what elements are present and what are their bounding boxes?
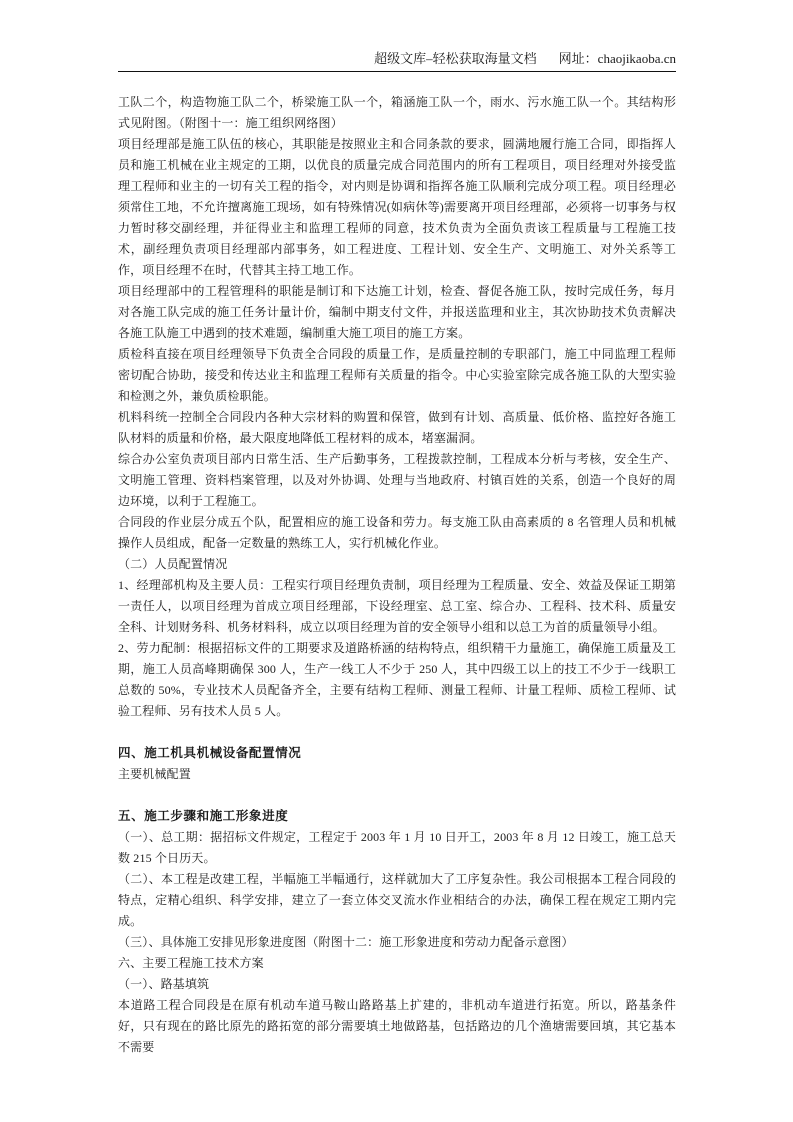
subheading-roadbed-filling: （一）、路基填筑: [118, 974, 676, 995]
paragraph-engineering-mgmt-section: 项目经理部中的工程管理科的职能是制订和下达施工计划，检查、督促各施工队，按时完成…: [118, 281, 676, 344]
paragraph-reconstruction-project: （二）、本工程是改建工程，半幅施工半幅通行，这样就加大了工序复杂性。我公司根据本…: [118, 869, 676, 932]
subheading-personnel-allocation: （二）人员配置情况: [118, 554, 676, 575]
paragraph-progress-diagram-ref: （三）、具体施工安排见形象进度图（附图十二：施工形象进度和劳动力配备示意图）: [118, 932, 676, 953]
paragraph-roadbed-description: 本道路工程合同段是在原有机动车道马鞍山路路基上扩建的，非机动车道进行拓宽。所以，…: [118, 995, 676, 1058]
paragraph-work-teams: 合同段的作业层分成五个队，配置相应的施工设备和劳力。每支施工队由高素质的 8 名…: [118, 512, 676, 554]
section-heading-construction-steps: 五、施工步骤和施工形象进度: [118, 806, 676, 827]
document-page: 超级文库–轻松获取海量文档网址：chaojikaoba.cn 工队二个，构造物施…: [0, 0, 793, 1122]
section-heading-equipment: 四、施工机具机械设备配置情况: [118, 743, 676, 764]
header-site-url: 网址：chaojikaoba.cn: [559, 51, 676, 66]
page-header: 超级文库–轻松获取海量文档网址：chaojikaoba.cn: [118, 50, 676, 68]
paragraph-dept-organization: 1、经理部机构及主要人员：工程实行项目经理负责制，项目经理为工程质量、安全、效益…: [118, 575, 676, 638]
paragraph-general-office: 综合办公室负责项目部内日常生活、生产后勤事务，工程拨款控制，工程成本分析与考核，…: [118, 449, 676, 512]
paragraph-team-structure: 工队二个，构造物施工队二个，桥梁施工队一个，箱涵施工队一个，雨水、污水施工队一个…: [118, 92, 676, 134]
header-brand-text: 超级文库–轻松获取海量文档: [374, 51, 537, 66]
section-heading-technical-plan: 六、主要工程施工技术方案: [118, 953, 676, 974]
paragraph-machinery-material-section: 机料科统一控制全合同段内各种大宗材料的购置和保管，做到有计划、高质量、低价格、监…: [118, 407, 676, 449]
paragraph-main-machinery: 主要机械配置: [118, 764, 676, 785]
paragraph-total-schedule: （一）、总工期：据招标文件规定，工程定于 2003 年 1 月 10 日开工，2…: [118, 827, 676, 869]
paragraph-quality-inspection-section: 质检科直接在项目经理领导下负责全合同段的质量工作，是质量控制的专职部门，施工中同…: [118, 344, 676, 407]
paragraph-labor-allocation: 2、劳力配制：根据招标文件的工期要求及道路桥涵的结构特点，组织精干力量施工，确保…: [118, 638, 676, 722]
header-rule: [118, 71, 676, 72]
paragraph-project-manager-dept: 项目经理部是施工队伍的核心，其职能是按照业主和合同条款的要求，圆满地履行施工合同…: [118, 134, 676, 281]
document-body: 工队二个，构造物施工队二个，桥梁施工队一个，箱涵施工队一个，雨水、污水施工队一个…: [118, 92, 676, 1058]
